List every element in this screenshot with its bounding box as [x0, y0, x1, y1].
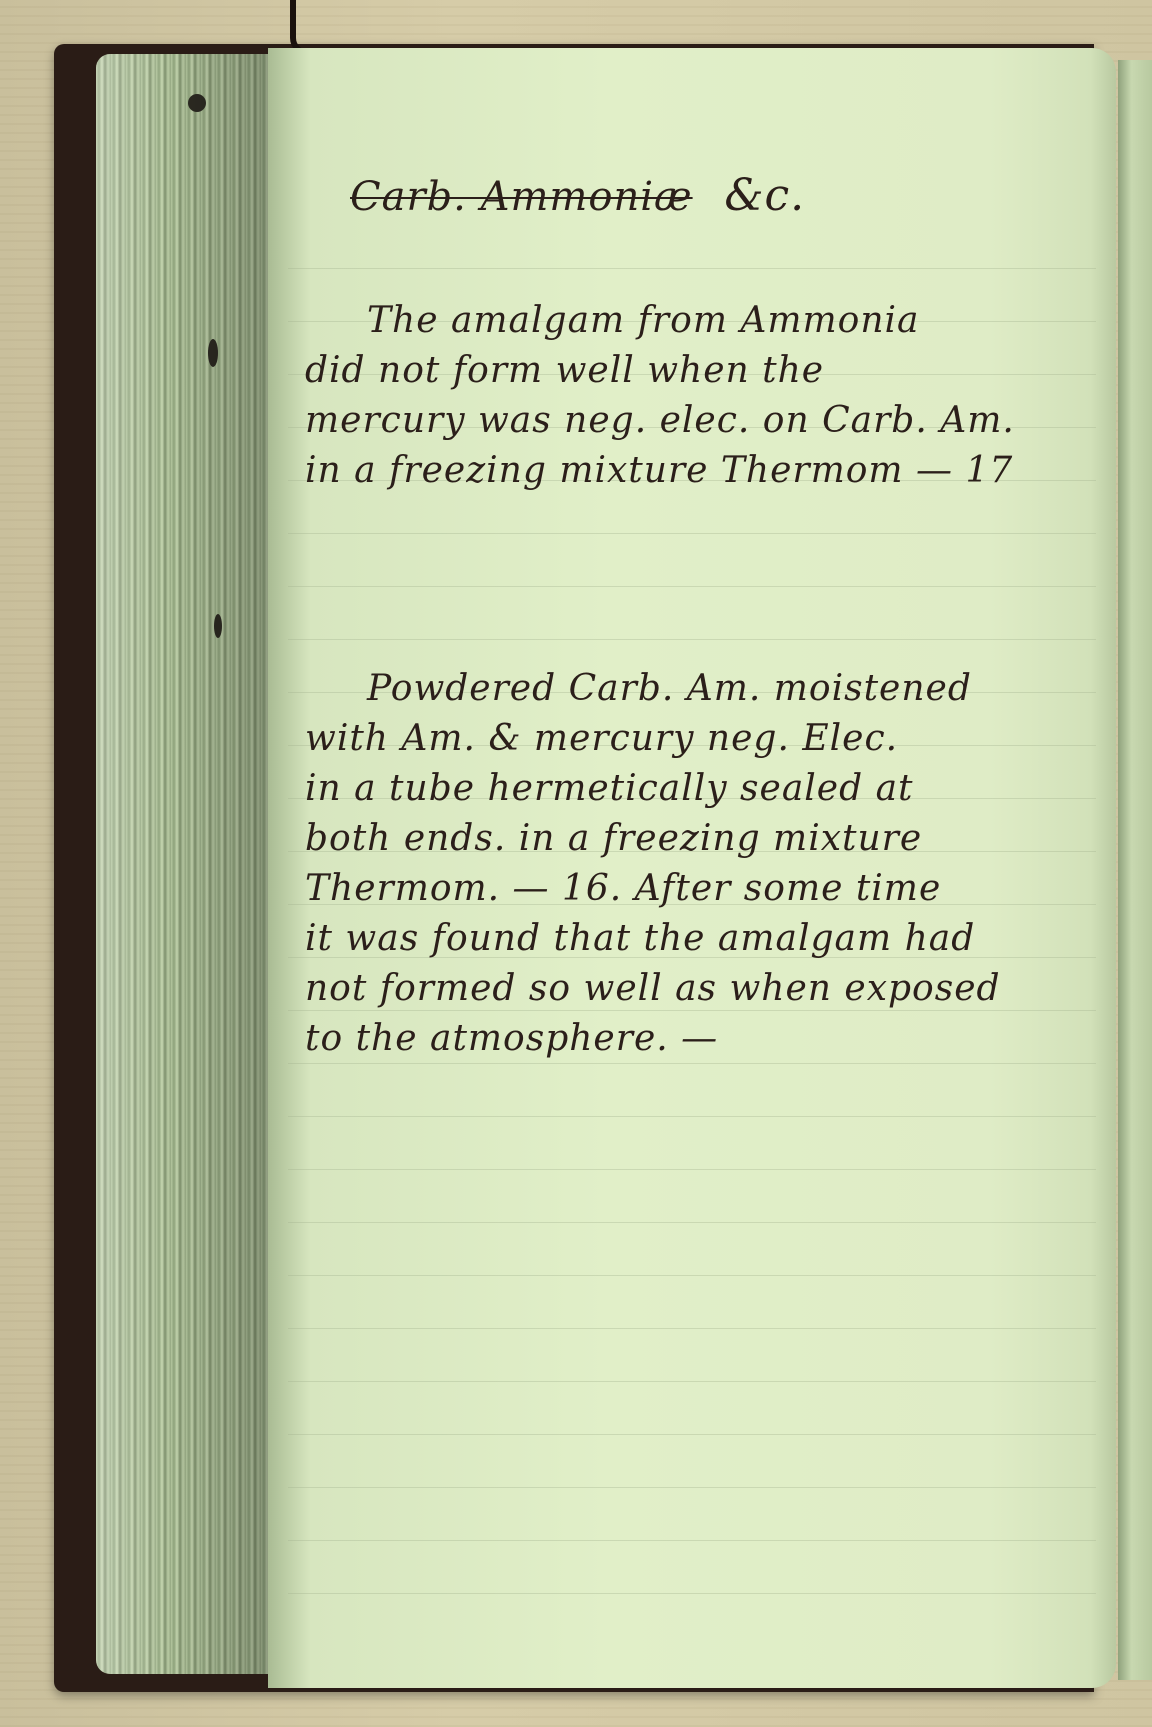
- text-line: not formed so well as when exposed: [305, 968, 1001, 1018]
- facing-page-edge: [1118, 60, 1152, 1680]
- page-heading: Carb. Ammoniæ &c.: [350, 170, 805, 221]
- text-line: both ends. in a freezing mixture: [305, 818, 1001, 868]
- paragraph-2: Powdered Carb. Am. moistened with Am. & …: [305, 668, 1001, 1068]
- ink-blot: [214, 614, 222, 638]
- text-line: in a tube hermetically sealed at: [305, 768, 1001, 818]
- text-line: to the atmosphere. —: [305, 1018, 1001, 1068]
- page-edges: [96, 54, 276, 1674]
- text-line: Powdered Carb. Am. moistened: [305, 668, 1001, 718]
- text-line: with Am. & mercury neg. Elec.: [305, 718, 1001, 768]
- text-line: Thermom. — 16. After some time: [305, 868, 1001, 918]
- heading-annotation: &c.: [724, 170, 805, 221]
- text-line: The amalgam from Ammonia: [305, 300, 1015, 350]
- paragraph-1: The amalgam from Ammonia did not form we…: [305, 300, 1015, 500]
- struck-heading-text: Carb. Ammoniæ: [350, 174, 693, 220]
- ink-blot: [188, 94, 206, 112]
- text-line: it was found that the amalgam had: [305, 918, 1001, 968]
- text-line: mercury was neg. elec. on Carb. Am.: [305, 400, 1015, 450]
- text-line: in a freezing mixture Thermom — 17: [305, 450, 1015, 500]
- ink-blot: [208, 339, 218, 367]
- text-line: did not form well when the: [305, 350, 1015, 400]
